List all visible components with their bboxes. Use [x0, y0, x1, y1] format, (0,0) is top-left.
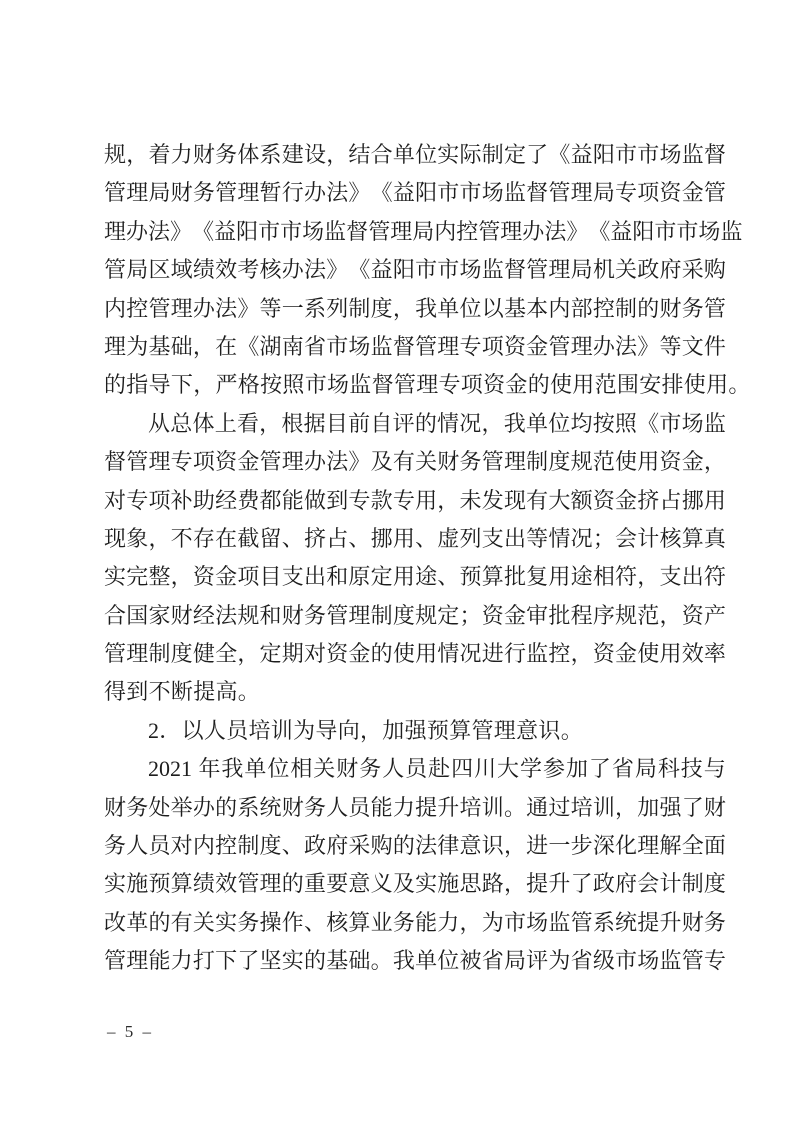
text-line: 管局区域绩效考核办法》《益阳市市场监督管理局机关政府采购 — [104, 251, 726, 289]
text-line: 理为基础，在《湖南省市场监督管理专项资金管理办法》等文件 — [104, 328, 726, 366]
text-line: 2021 年我单位相关财务人员赴四川大学参加了省局科技与 — [104, 750, 726, 788]
text-line: 督管理专项资金管理办法》及有关财务管理制度规范使用资金， — [104, 443, 726, 481]
text-line: 理办法》《益阳市市场监督管理局内控管理办法》《益阳市市场监 — [104, 213, 726, 251]
page-number: – 5 – — [107, 1020, 152, 1044]
text-line: 从总体上看，根据目前自评的情况，我单位均按照《市场监 — [104, 405, 726, 443]
text-line: 的指导下，严格按照市场监督管理专项资金的使用范围安排使用。 — [104, 366, 726, 404]
text-line: 务人员对内控制度、政府采购的法律意识，进一步深化理解全面 — [104, 827, 726, 865]
text-line: 管理能力打下了坚实的基础。我单位被省局评为省级市场监管专 — [104, 942, 726, 980]
text-line: 实完整，资金项目支出和原定用途、预算批复用途相符，支出符 — [104, 558, 726, 596]
text-line: 合国家财经法规和财务管理制度规定；资金审批程序规范，资产 — [104, 597, 726, 635]
paragraph: 规，着力财务体系建设，结合单位实际制定了《益阳市市场监督管理局财务管理暂行办法》… — [104, 136, 726, 405]
text-line: 得到不断提高。 — [104, 673, 726, 711]
text-line: 财务处举办的系统财务人员能力提升培训。通过培训，加强了财 — [104, 789, 726, 827]
paragraph: 2021 年我单位相关财务人员赴四川大学参加了省局科技与财务处举办的系统财务人员… — [104, 750, 726, 980]
document-page: 规，着力财务体系建设，结合单位实际制定了《益阳市市场监督管理局财务管理暂行办法》… — [0, 0, 793, 1122]
text-line: 管理局财务管理暂行办法》《益阳市市场监督管理局专项资金管 — [104, 174, 726, 212]
text-line: 规，着力财务体系建设，结合单位实际制定了《益阳市市场监督 — [104, 136, 726, 174]
text-line: 2．以人员培训为导向，加强预算管理意识。 — [104, 712, 726, 750]
paragraphs: 规，着力财务体系建设，结合单位实际制定了《益阳市市场监督管理局财务管理暂行办法》… — [104, 136, 726, 981]
text-line: 现象，不存在截留、挤占、挪用、虚列支出等情况；会计核算真 — [104, 520, 726, 558]
document-body: 规，着力财务体系建设，结合单位实际制定了《益阳市市场监督管理局财务管理暂行办法》… — [104, 136, 726, 981]
text-line: 内控管理办法》等一系列制度，我单位以基本内部控制的财务管 — [104, 290, 726, 328]
text-line: 管理制度健全，定期对资金的使用情况进行监控，资金使用效率 — [104, 635, 726, 673]
text-line: 改革的有关实务操作、核算业务能力，为市场监管系统提升财务 — [104, 904, 726, 942]
paragraph: 2．以人员培训为导向，加强预算管理意识。 — [104, 712, 726, 750]
text-line: 实施预算绩效管理的重要意义及实施思路，提升了政府会计制度 — [104, 865, 726, 903]
text-line: 对专项补助经费都能做到专款专用，未发现有大额资金挤占挪用 — [104, 482, 726, 520]
paragraph: 从总体上看，根据目前自评的情况，我单位均按照《市场监督管理专项资金管理办法》及有… — [104, 405, 726, 712]
